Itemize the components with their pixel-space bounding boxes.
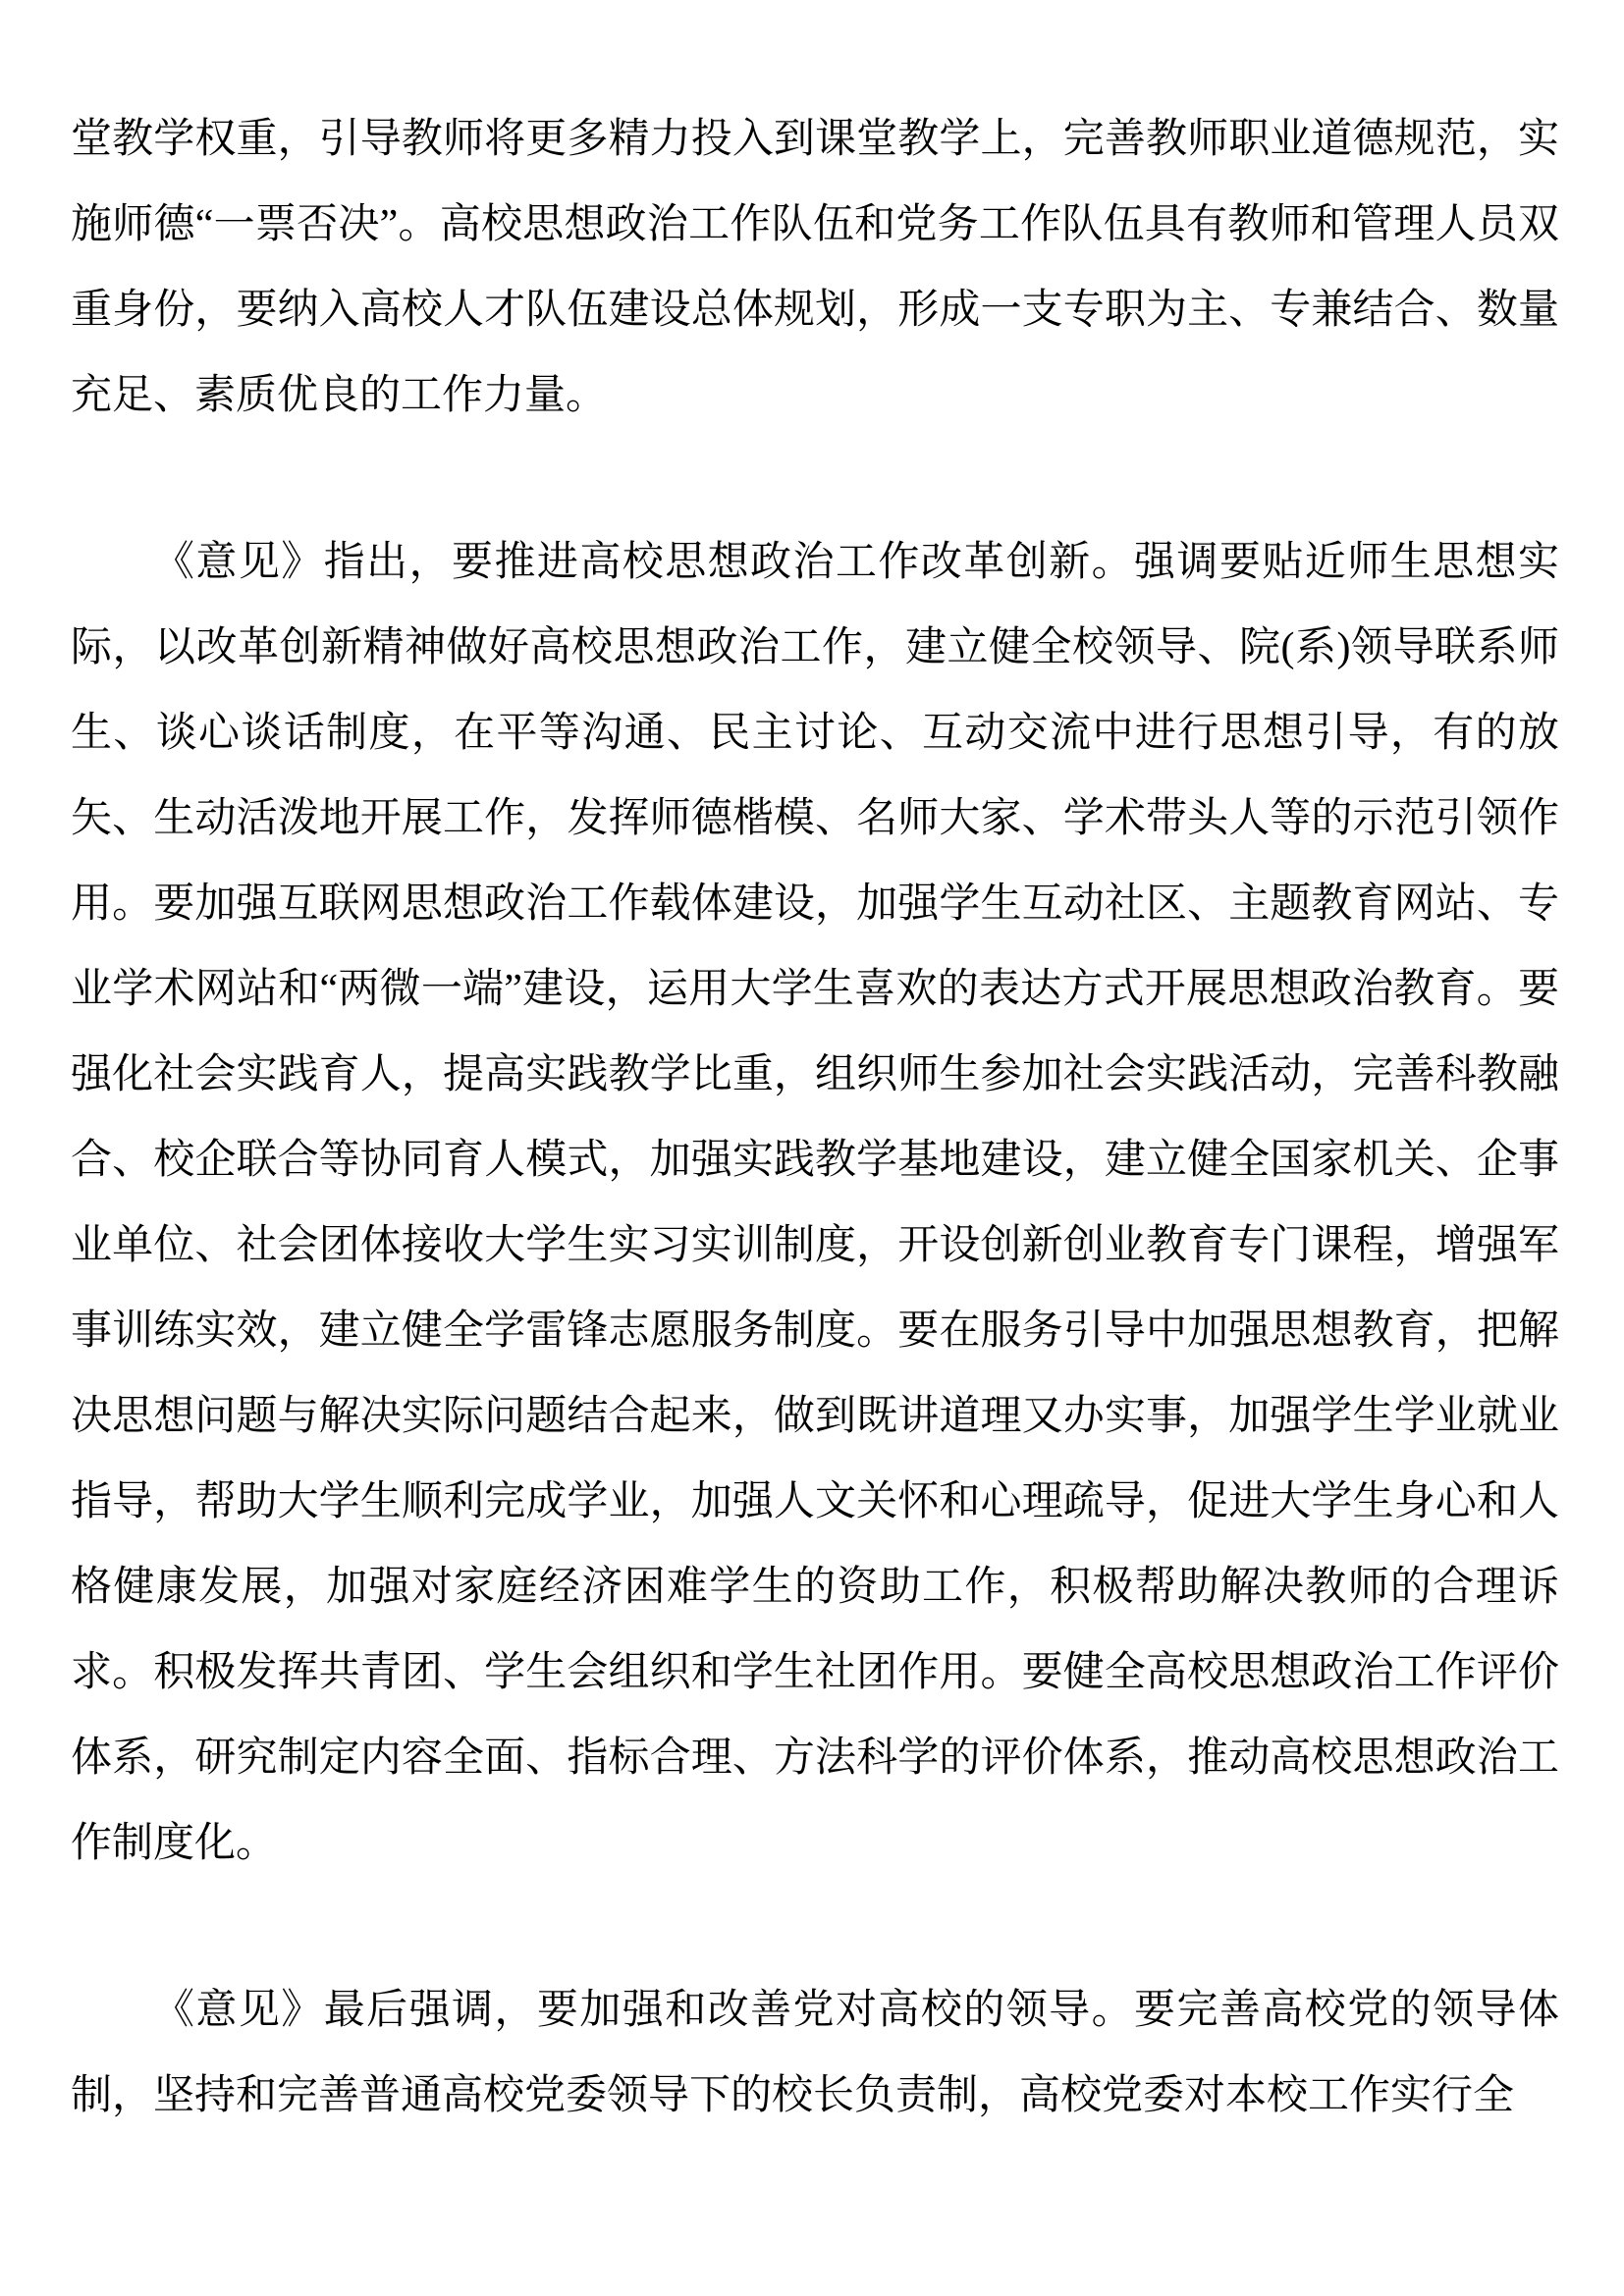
paragraph-party-leadership: 《意见》最后强调，要加强和改善党对高校的领导。要完善高校党的领导体制，坚持和完善… — [71, 1968, 1559, 2139]
paragraph-teacher-workforce-continuation: 堂教学权重，引导教师将更多精力投入到课堂教学上，完善教师职业道德规范，实施师德“… — [71, 97, 1559, 439]
paragraph-reform-innovation: 《意见》指出，要推进高校思想政治工作改革创新。强调要贴近师生思想实际，以改革创新… — [71, 520, 1559, 1887]
document-page: 堂教学权重，引导教师将更多精力投入到课堂教学上，完善教师职业道德规范，实施师德“… — [0, 0, 1624, 2296]
